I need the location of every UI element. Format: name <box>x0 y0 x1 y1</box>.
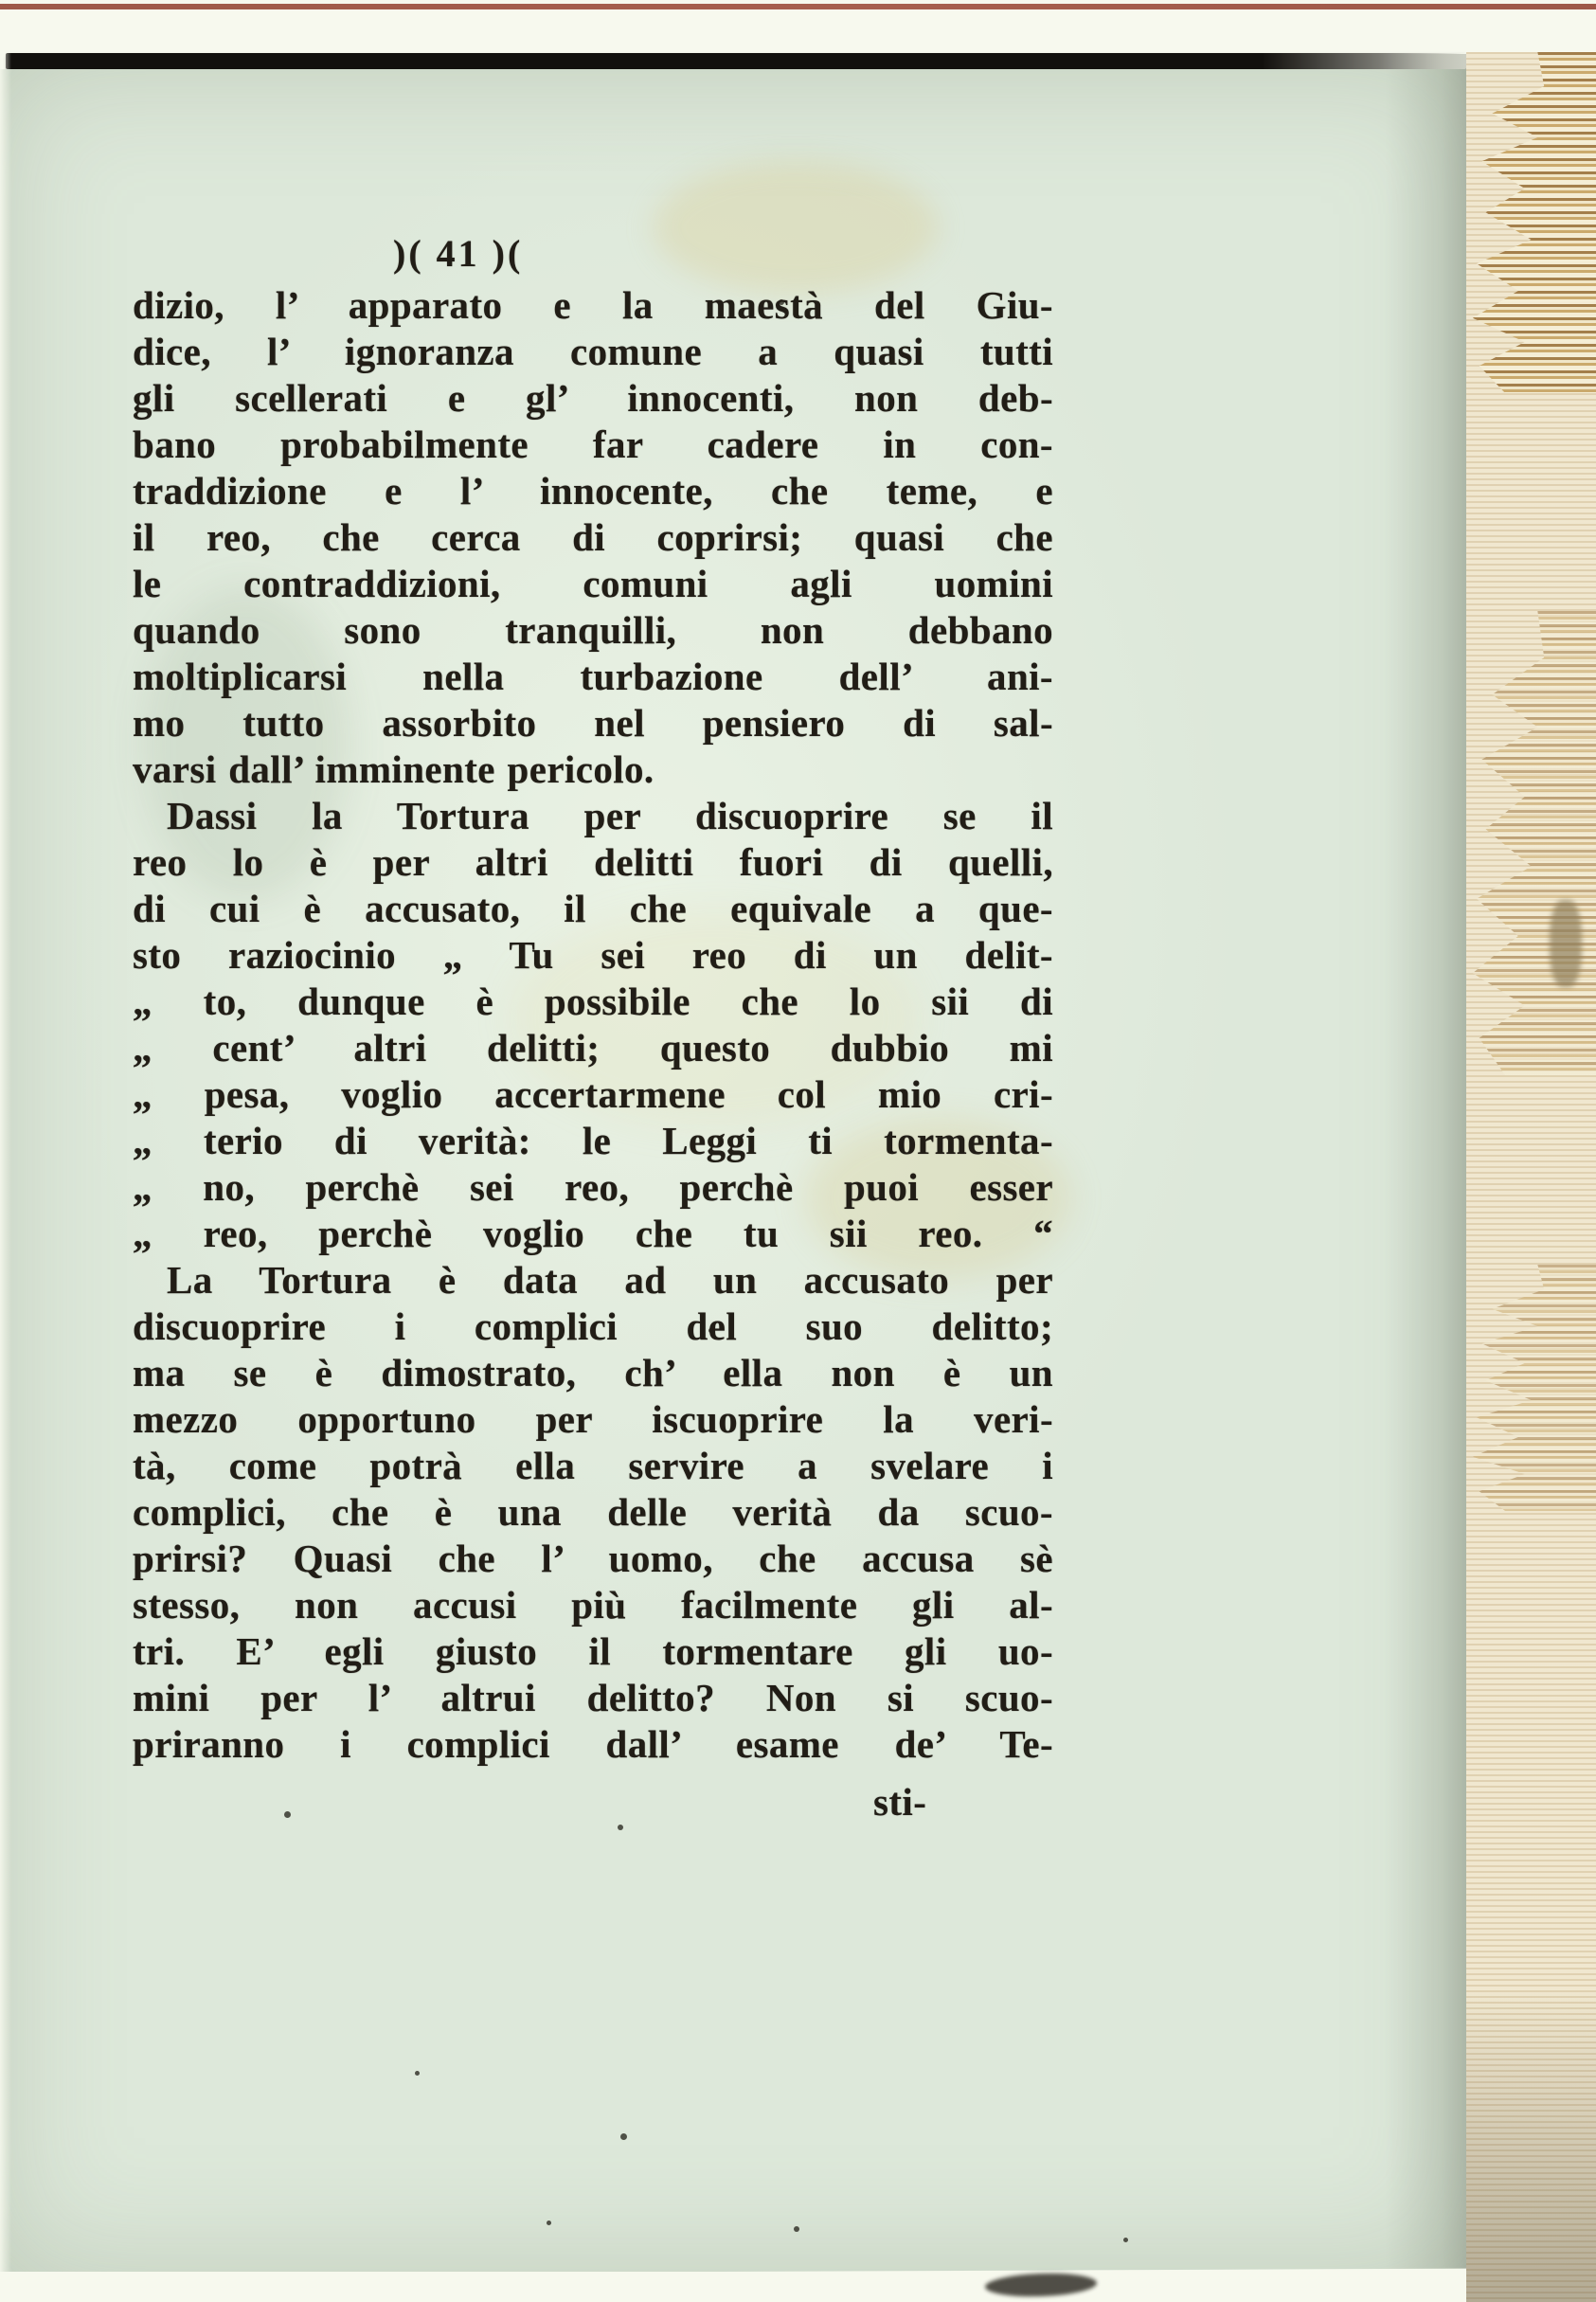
text-line: Dassi la Tortura per discuoprire se il <box>133 793 1053 839</box>
text-line: complici, che è una delle verità da scuo… <box>133 1489 1053 1536</box>
page-curl-shadow <box>1385 54 1466 2272</box>
text-line: mezzo opportuno per iscuoprire la veri- <box>133 1396 1053 1443</box>
text-line: moltiplicarsi nella turbazione dell’ ani… <box>133 654 1053 700</box>
page-scan: )( 41 )( dizio, l’ apparato e la maestà … <box>0 0 1596 2302</box>
text-line: bano probabilmente far cadere in con- <box>133 422 1053 468</box>
paper-speck <box>620 2133 627 2140</box>
text-line: stesso, non accusi più facilmente gli al… <box>133 1582 1053 1628</box>
catchword: sti- <box>133 1779 1053 1825</box>
text-line: ma se è dimostrato, ch’ ella non è un <box>133 1350 1053 1396</box>
text-line: „ no, perchè sei reo, perchè puoi esser <box>133 1164 1053 1211</box>
bottom-paper-edge <box>0 2269 1466 2302</box>
torn-edge-top <box>1466 52 1596 393</box>
paper-speck <box>794 2226 799 2232</box>
text-line: reo lo è per altri delitti fuori di quel… <box>133 839 1053 886</box>
text-line: il reo, che cerca di coprirsi; quasi che <box>133 514 1053 561</box>
text-line: tà, come potrà ella servire a svelare i <box>133 1443 1053 1489</box>
text-line: „ terio di verità: le Leggi ti tormenta- <box>133 1118 1053 1164</box>
torn-edge-middle <box>1466 611 1596 1075</box>
text-line: traddizione e l’ innocente, che teme, e <box>133 468 1053 514</box>
text-line: di cui è accusato, il che equivale a que… <box>133 886 1053 932</box>
edge-bottom-shadow <box>1466 1989 1596 2302</box>
text-line: „ to, dunque è possibile che lo sii di <box>133 979 1053 1025</box>
text-line: le contraddizioni, comuni agli uomini <box>133 561 1053 607</box>
text-line: La Tortura è data ad un accusato per <box>133 1257 1053 1304</box>
paper-speck <box>415 2071 420 2076</box>
text-line: „ cent’ altri delitti; questo dubbio mi <box>133 1025 1053 1071</box>
text-line: tri. E’ egli giusto il tormentare gli uo… <box>133 1628 1053 1675</box>
paper-speck <box>547 2221 551 2225</box>
edge-dark-spot <box>1550 900 1582 987</box>
text-line: priranno i complici dall’ esame de’ Te- <box>133 1721 1053 1768</box>
text-line: mo tutto assorbito nel pensiero di sal- <box>133 700 1053 746</box>
text-line: varsi dall’ imminente pericolo. <box>133 746 1053 793</box>
text-line: prirsi? Quasi che l’ uomo, che accusa sè <box>133 1536 1053 1582</box>
paper-speck <box>1123 2238 1128 2242</box>
text-line: dizio, l’ apparato e la maestà del Giu- <box>133 282 1053 329</box>
text-line: „ reo, perchè voglio che tu sii reo. “ <box>133 1211 1053 1257</box>
text-line: gli scellerati e gl’ innocenti, non deb- <box>133 375 1053 422</box>
text-line: mini per l’ altrui delitto? Non si scuo- <box>133 1675 1053 1721</box>
page-number-header: )( 41 )( <box>393 231 523 276</box>
text-block: dizio, l’ apparato e la maestà del Giu-d… <box>133 282 1053 1825</box>
text-line: sto raziocinio „ Tu sei reo di un delit- <box>133 932 1053 979</box>
text-line: „ pesa, voglio accertarmene col mio cri- <box>133 1071 1053 1118</box>
text-line: quando sono tranquilli, non debbano <box>133 607 1053 654</box>
top-red-rule <box>0 4 1596 9</box>
left-paper-edge <box>0 52 11 2302</box>
text-line: dice, l’ ignoranza comune a quasi tutti <box>133 329 1053 375</box>
text-lines: dizio, l’ apparato e la maestà del Giu-d… <box>133 282 1053 1768</box>
text-line: discuoprire i complici del suo delitto; <box>133 1304 1053 1350</box>
ink-band <box>6 53 1466 69</box>
book-edge-strip <box>1466 52 1596 2302</box>
torn-edge-lower <box>1466 1265 1596 1511</box>
